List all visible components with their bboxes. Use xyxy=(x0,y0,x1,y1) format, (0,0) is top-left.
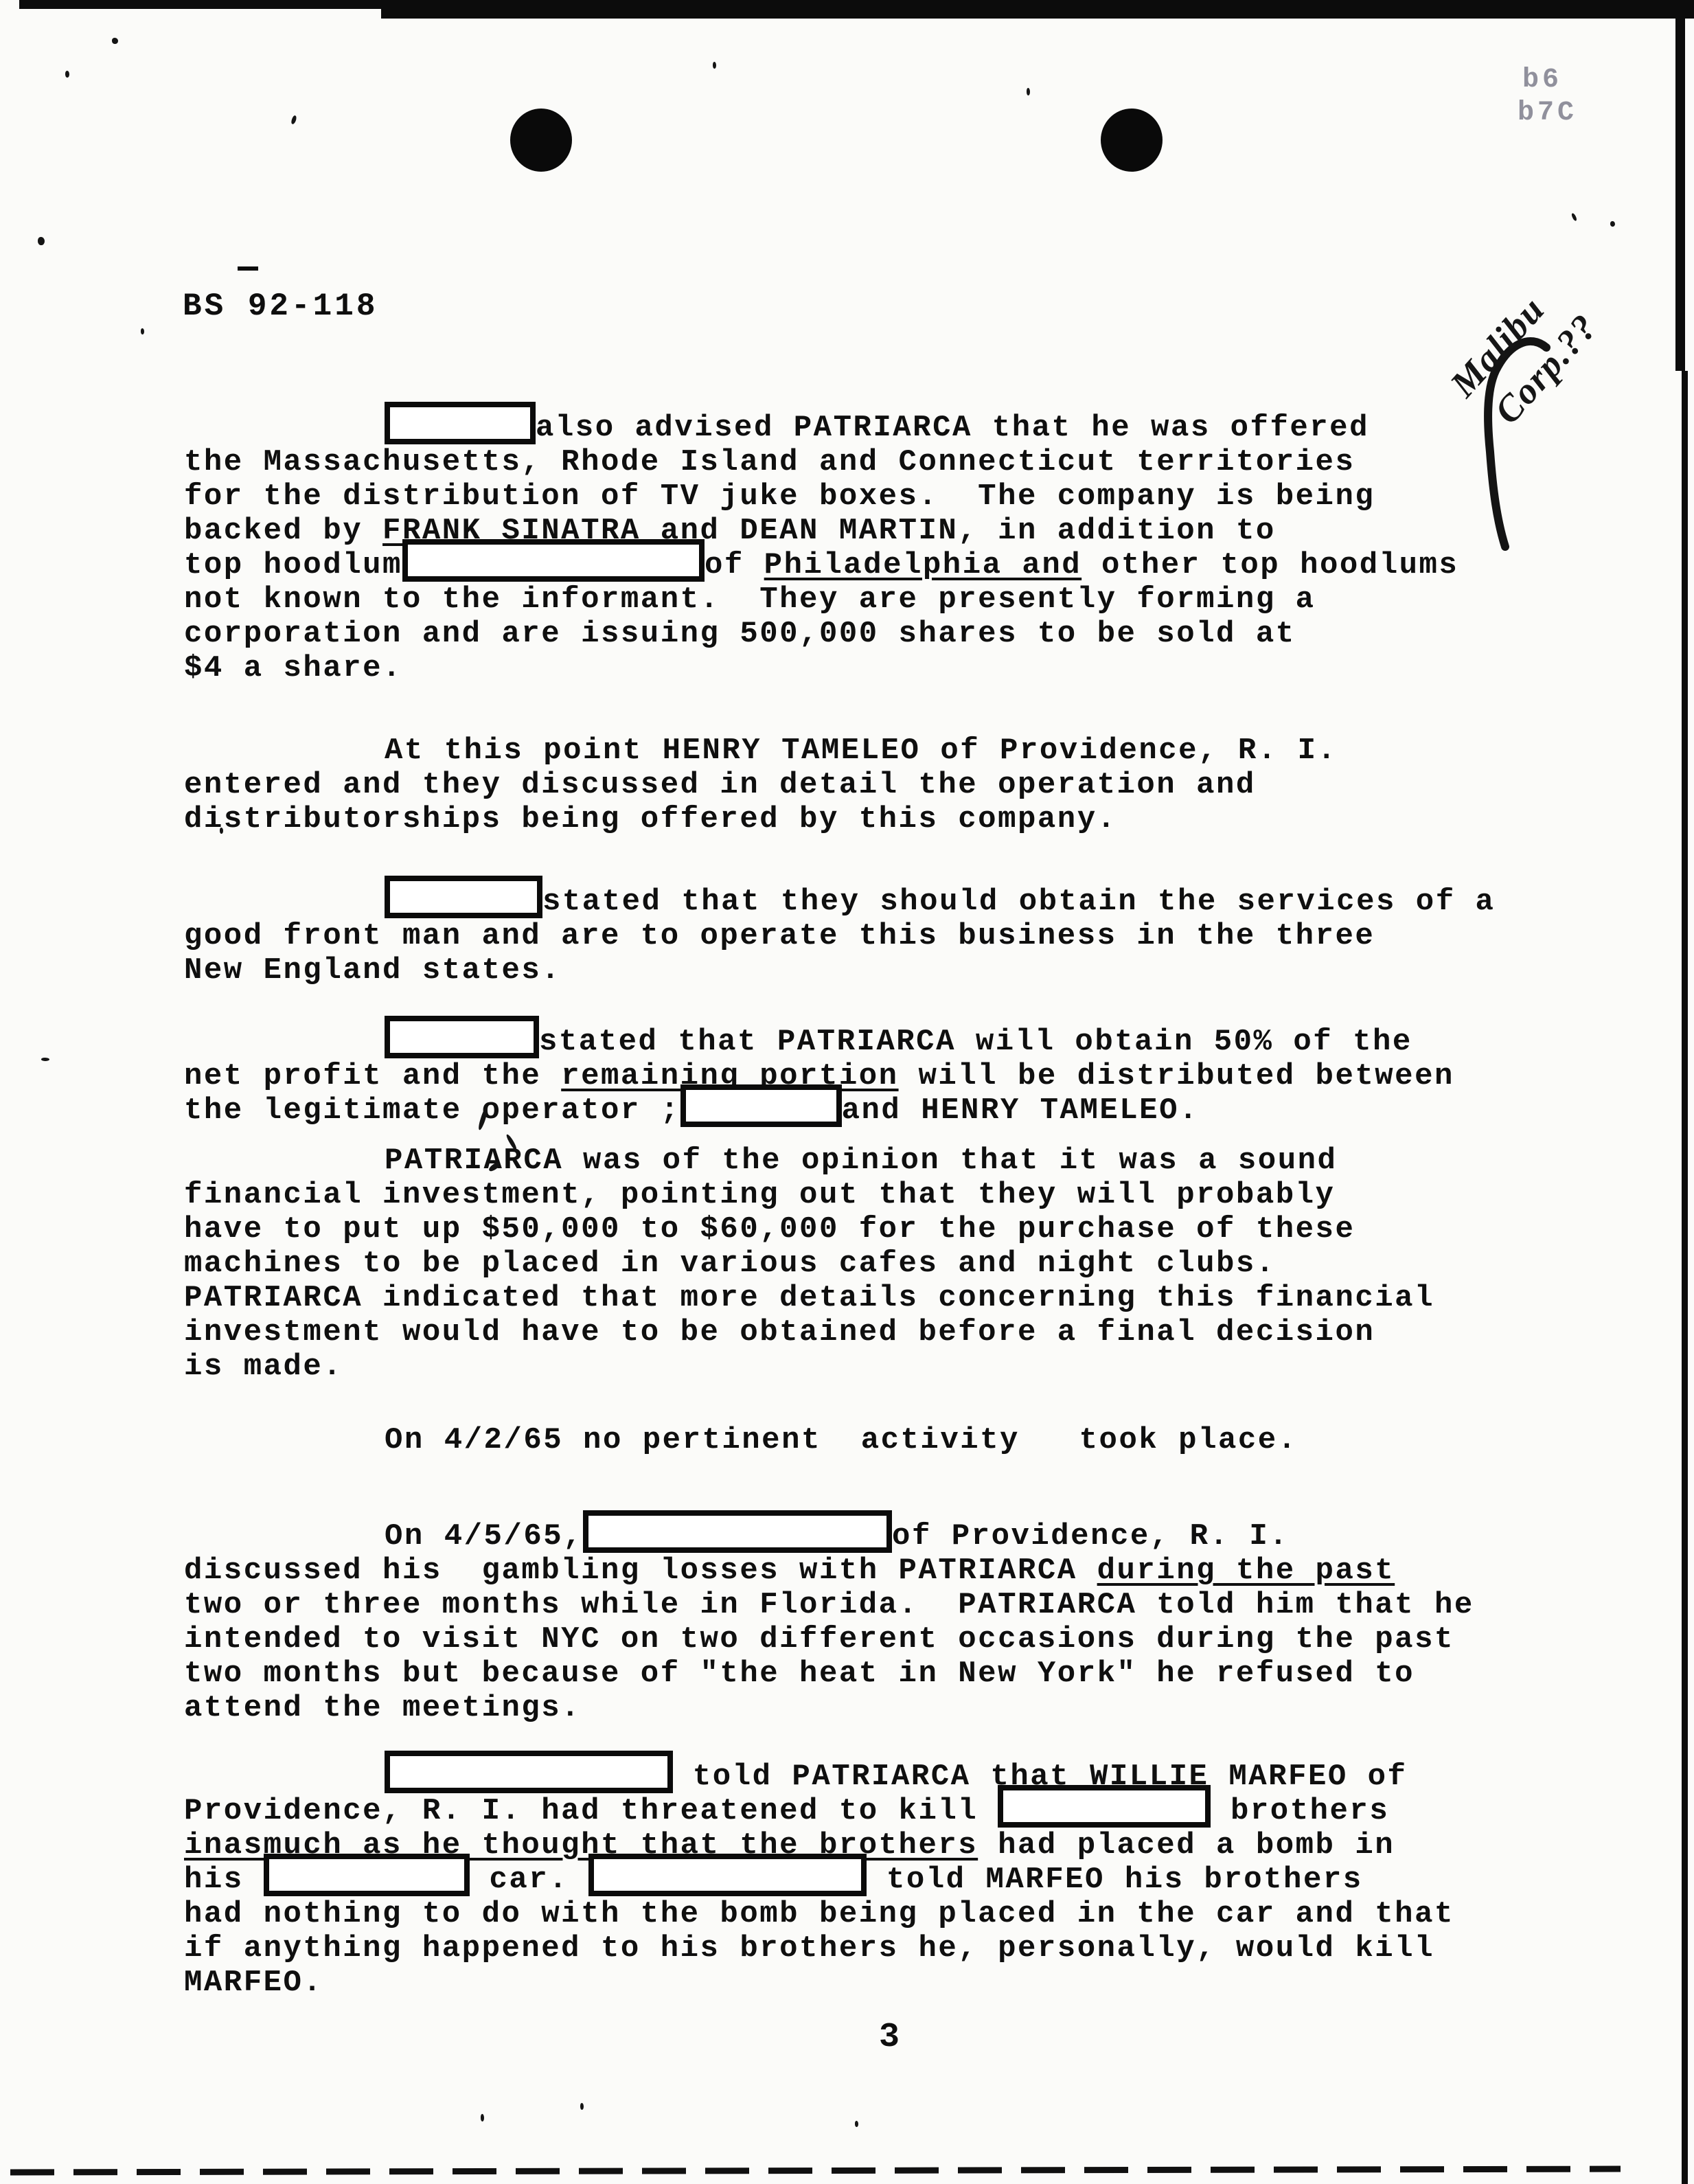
text-run: of xyxy=(705,548,764,582)
text-run: stated that they should obtain the servi… xyxy=(542,885,1495,919)
text-run: good front man and are to operate this b… xyxy=(184,919,1375,953)
typewritten-line: backed by FRANK SINATRA and DEAN MARTIN,… xyxy=(184,514,1276,548)
typewritten-line: On 4/2/65 no pertinent activity took pla… xyxy=(385,1423,1298,1457)
text-run: At this point HENRY TAMELEO of Providenc… xyxy=(385,733,1337,768)
typewritten-line: machines to be placed in various cafes a… xyxy=(184,1247,1276,1281)
scan-speck xyxy=(1027,88,1030,95)
typewritten-line: New England states. xyxy=(184,953,561,988)
text-run: On 4/5/65, xyxy=(385,1519,583,1554)
typewritten-line: good front man and are to operate this b… xyxy=(184,919,1375,953)
document-page: b6 b7C BS 92-118 Malibu Corp.?? also adv… xyxy=(0,0,1694,2184)
exemption-code-b6: b6 xyxy=(1522,65,1562,95)
text-run: backed by xyxy=(184,514,382,548)
scan-edge-bottom xyxy=(10,2166,1621,2176)
hole-punch-right xyxy=(1101,109,1163,172)
typewritten-line: two or three months while in Florida. PA… xyxy=(184,1588,1474,1622)
typewritten-line: entered and they discussed in detail the… xyxy=(184,768,1256,802)
typewritten-line: PATRIARCA was of the opinion that it was… xyxy=(385,1144,1337,1178)
redaction-box xyxy=(385,1049,539,1049)
text-run: also advised PATRIARCA that he was offer… xyxy=(536,411,1369,445)
text-run: attend the meetings. xyxy=(184,1691,581,1725)
redaction-box xyxy=(588,1887,867,1887)
typewritten-line: stated that they should obtain the servi… xyxy=(385,885,1495,919)
text-run: New England states. xyxy=(184,953,561,988)
text-run: $4 a share. xyxy=(184,651,402,685)
typewritten-line: had nothing to do with the bomb being pl… xyxy=(184,1897,1454,1931)
text-run: net profit and the xyxy=(184,1059,561,1093)
redaction-box xyxy=(680,1117,842,1118)
scan-edge-right-upper xyxy=(1675,0,1685,371)
typewritten-line: if anything happened to his brothers he,… xyxy=(184,1931,1434,1966)
redaction-box xyxy=(583,1543,892,1544)
file-number: BS 92-118 xyxy=(183,288,378,324)
typewritten-line: for the distribution of TV juke boxes. T… xyxy=(184,479,1375,514)
text-run: entered and they discussed in detail the… xyxy=(184,768,1256,802)
scan-speck xyxy=(713,62,716,69)
scan-speck xyxy=(141,328,144,334)
text-run: machines to be placed in various cafes a… xyxy=(184,1247,1276,1281)
redaction-box xyxy=(385,1784,673,1784)
text-run: two months but because of "the heat in N… xyxy=(184,1657,1415,1691)
text-run: MARFEO. xyxy=(184,1966,323,2000)
exemption-code-b7c: b7C xyxy=(1518,98,1577,128)
text-run: is made. xyxy=(184,1350,343,1384)
scan-speck xyxy=(112,38,118,44)
typewritten-line: financial investment, pointing out that … xyxy=(184,1178,1335,1212)
text-run: if anything happened to his brothers he,… xyxy=(184,1931,1434,1966)
text-run: brothers xyxy=(1211,1794,1389,1828)
typewritten-line: top hoodlumof Philadelphia and other top… xyxy=(184,548,1458,582)
typewritten-line: also advised PATRIARCA that he was offer… xyxy=(385,411,1369,445)
typewritten-line: not known to the informant. They are pre… xyxy=(184,582,1316,617)
text-run: of Providence, R. I. xyxy=(892,1519,1289,1554)
text-run: told MARFEO his brothers xyxy=(867,1863,1363,1897)
text-run: financial investment, pointing out that … xyxy=(184,1178,1335,1212)
text-run: and HENRY TAMELEO. xyxy=(842,1093,1199,1128)
redaction-box xyxy=(402,572,705,573)
text-run: and DEAN MARTIN, in addition to xyxy=(641,514,1276,548)
text-run: intended to visit NYC on two different o… xyxy=(184,1622,1454,1657)
text-run: had placed a bomb in xyxy=(978,1828,1395,1863)
text-run: had nothing to do with the bomb being pl… xyxy=(184,1897,1454,1931)
text-run: discussed his gambling losses with PATRI… xyxy=(184,1554,1097,1588)
text-run: other top hoodlums xyxy=(1081,548,1458,582)
text-run: Providence, R. I. had threatened to kill xyxy=(184,1794,998,1828)
text-run: not known to the informant. They are pre… xyxy=(184,582,1316,617)
text-run: corporation and are issuing 500,000 shar… xyxy=(184,617,1296,651)
typewritten-line: $4 a share. xyxy=(184,651,402,685)
redaction-box xyxy=(385,435,536,435)
typewritten-line: PATRIARCA indicated that more details co… xyxy=(184,1281,1434,1315)
scan-speck xyxy=(1610,221,1615,227)
stray-dash-mark xyxy=(238,266,258,271)
page-number: 3 xyxy=(879,2018,900,2057)
scan-edge-right-lower xyxy=(1682,371,1688,2184)
scan-edge-top-thick xyxy=(381,0,1694,19)
text-run: PATRIARCA indicated that more details co… xyxy=(184,1281,1434,1315)
redaction-box xyxy=(385,909,542,909)
text-run: two or three months while in Florida. PA… xyxy=(184,1588,1474,1622)
typewritten-line: the legitimate operator ;and HENRY TAMEL… xyxy=(184,1093,1199,1128)
typewritten-line: intended to visit NYC on two different o… xyxy=(184,1622,1454,1657)
redaction-box xyxy=(998,1818,1211,1819)
text-run: investment would have to be obtained bef… xyxy=(184,1315,1375,1350)
text-run: On 4/2/65 no pertinent activity took pla… xyxy=(385,1423,1298,1457)
typewritten-line: attend the meetings. xyxy=(184,1691,581,1725)
typewritten-line: On 4/5/65,of Providence, R. I. xyxy=(385,1519,1289,1554)
typewritten-line: is made. xyxy=(184,1350,343,1384)
typewritten-line: his car. told MARFEO his brothers xyxy=(184,1863,1363,1897)
scan-speck xyxy=(41,1058,49,1061)
scan-speck xyxy=(65,71,69,78)
typewritten-line: told PATRIARCA that WILLIE MARFEO of xyxy=(385,1760,1407,1794)
text-run: his xyxy=(184,1863,264,1897)
underlined-text: Philadelphia and xyxy=(764,548,1081,582)
text-run: stated that PATRIARCA will obtain 50% of… xyxy=(539,1025,1412,1059)
text-run: distributorships being offered by this c… xyxy=(184,802,1117,837)
typewritten-line: discussed his gambling losses with PATRI… xyxy=(184,1554,1395,1588)
text-run: top hoodlum xyxy=(184,548,402,582)
typewritten-line: At this point HENRY TAMELEO of Providenc… xyxy=(385,733,1337,768)
typewritten-line: Providence, R. I. had threatened to kill… xyxy=(184,1794,1389,1828)
typewritten-line: corporation and are issuing 500,000 shar… xyxy=(184,617,1296,651)
scan-speck xyxy=(481,2114,484,2122)
typewritten-line: distributorships being offered by this c… xyxy=(184,802,1117,837)
hole-punch-left xyxy=(510,109,572,172)
text-run: for the distribution of TV juke boxes. T… xyxy=(184,479,1375,514)
underlined-text: during the past xyxy=(1097,1554,1395,1588)
text-run: the legitimate operator ; xyxy=(184,1093,680,1128)
typewritten-line: investment would have to be obtained bef… xyxy=(184,1315,1375,1350)
text-run: PATRIARCA was of the opinion that it was… xyxy=(385,1144,1337,1178)
text-run: will be distributed between xyxy=(899,1059,1454,1093)
typewritten-line: stated that PATRIARCA will obtain 50% of… xyxy=(385,1025,1412,1059)
scan-speck xyxy=(220,828,223,834)
text-run: the Massachusetts, Rhode Island and Conn… xyxy=(184,445,1355,479)
scan-speck xyxy=(38,237,45,245)
scan-speck xyxy=(1571,213,1578,222)
typewritten-line: have to put up $50,000 to $60,000 for th… xyxy=(184,1212,1355,1247)
text-run: car. xyxy=(470,1863,588,1897)
redaction-box xyxy=(264,1887,470,1887)
typewritten-line: two months but because of "the heat in N… xyxy=(184,1657,1415,1691)
scan-speck xyxy=(290,115,297,124)
text-run: have to put up $50,000 to $60,000 for th… xyxy=(184,1212,1355,1247)
typewritten-line: MARFEO. xyxy=(184,1966,323,2000)
typewritten-line: the Massachusetts, Rhode Island and Conn… xyxy=(184,445,1355,479)
scan-speck xyxy=(855,2121,858,2127)
scan-speck xyxy=(580,2103,584,2110)
